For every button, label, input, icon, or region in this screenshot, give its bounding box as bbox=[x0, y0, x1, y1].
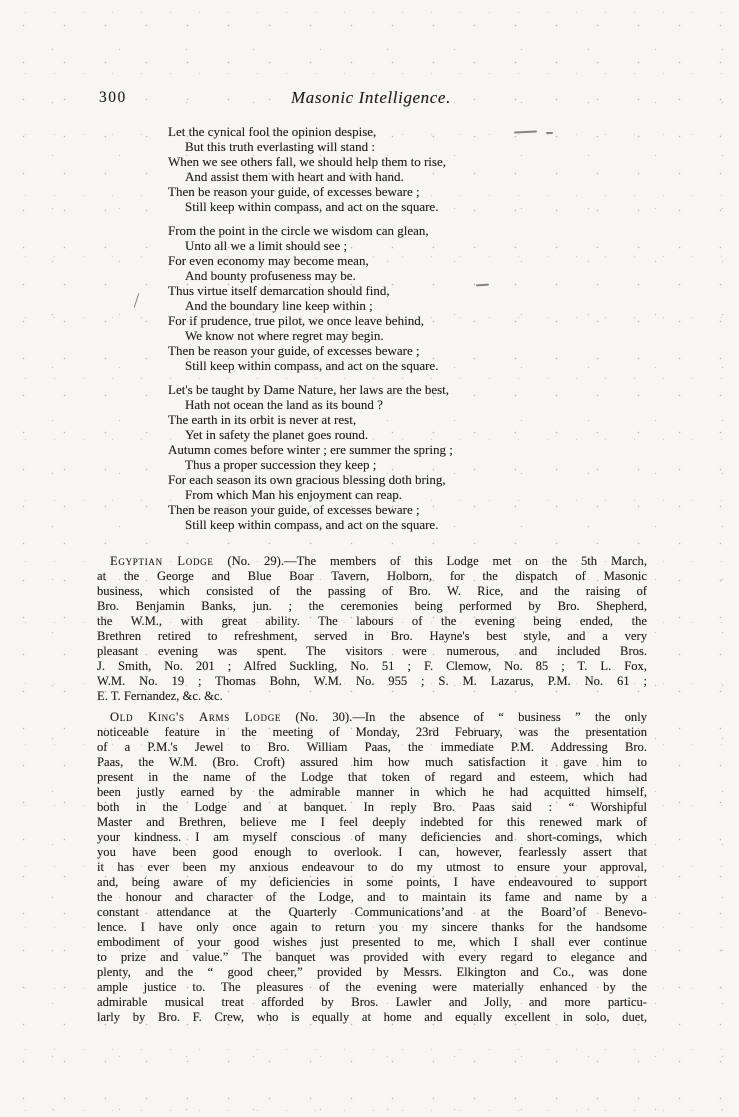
poem-line: And the boundary line keep within ; bbox=[168, 298, 568, 313]
article-line: W.M. No. 19 ; Thomas Bohn, W.M. No. 955 … bbox=[97, 674, 647, 689]
page-header: 300 Masonic Intelligence. bbox=[95, 88, 647, 110]
running-title: Masonic Intelligence. bbox=[95, 88, 647, 108]
poem-line: Hath not ocean the land as its bound ? bbox=[168, 397, 568, 412]
article-line: it has ever been my anxious endeavour to… bbox=[97, 860, 647, 875]
article-line: pleasant evening was spent. The visitors… bbox=[97, 644, 647, 659]
poem-line: When we see others fall, we should help … bbox=[168, 154, 568, 169]
poem-line: Then be reason your guide, of excesses b… bbox=[168, 502, 568, 517]
article-line: larly by Bro. F. Crew, who is equally at… bbox=[97, 1010, 647, 1025]
article-line: plenty, and the “ good cheer,” provided … bbox=[97, 965, 647, 980]
poem-line: Autumn comes before winter ; ere summer … bbox=[168, 442, 568, 457]
article-lead-rest: (No. 30).—In the absence of “ business ”… bbox=[281, 710, 647, 724]
page-number: 300 bbox=[99, 89, 127, 107]
article-line: you have been good enough to overlook. I… bbox=[97, 845, 647, 860]
scanned-document-page: 300 Masonic Intelligence. Let the cynica… bbox=[0, 0, 739, 1117]
article-line: the W.M., with great ability. The labour… bbox=[97, 614, 647, 629]
poem-line: Then be reason your guide, of excesses b… bbox=[168, 184, 568, 199]
scan-artifact-dash bbox=[546, 132, 553, 134]
article-line: Master and Brethren, believe me I feel d… bbox=[97, 815, 647, 830]
poem-line: We know not where regret may begin. bbox=[168, 328, 568, 343]
article-first-line: Egyptian Lodge (No. 29).—The members of … bbox=[97, 554, 647, 569]
article-line: Bro. Benjamin Banks, jun. ; the ceremoni… bbox=[97, 599, 647, 614]
poem-line: Still keep within compass, and act on th… bbox=[168, 199, 568, 214]
poem-line: Yet in safety the planet goes round. bbox=[168, 427, 568, 442]
poem-stanza-3: Let's be taught by Dame Nature, her laws… bbox=[168, 382, 568, 532]
poem-line: And bounty profuseness may be. bbox=[168, 268, 568, 283]
article-line: to prize and value.” The banquet was pro… bbox=[97, 950, 647, 965]
lodge-name: Egyptian Lodge bbox=[110, 554, 214, 568]
article-line: of a P.M.'s Jewel to Bro. William Paas, … bbox=[97, 740, 647, 755]
article-first-line: Old King's Arms Lodge (No. 30).—In the a… bbox=[97, 710, 647, 725]
poem-line: Still keep within compass, and act on th… bbox=[168, 358, 568, 373]
poem-line: From the point in the circle we wisdom c… bbox=[168, 223, 568, 238]
poem-line: Thus virtue itself demarcation should fi… bbox=[168, 283, 568, 298]
poem-line: From which Man his enjoyment can reap. bbox=[168, 487, 568, 502]
scan-artifact-slash bbox=[134, 293, 140, 308]
article-line: Brethren retired to refreshment, served … bbox=[97, 629, 647, 644]
poem-line: Let's be taught by Dame Nature, her laws… bbox=[168, 382, 568, 397]
article-line: been justly earned by the admirable mann… bbox=[97, 785, 647, 800]
poem-line: Still keep within compass, and act on th… bbox=[168, 517, 568, 532]
article-lead-rest: (No. 29).—The members of this Lodge met … bbox=[214, 554, 647, 568]
article-line: present in the name of the Lodge that to… bbox=[97, 770, 647, 785]
article-line: admirable musical treat afforded by Bros… bbox=[97, 995, 647, 1010]
article-line: at the George and Blue Boar Tavern, Holb… bbox=[97, 569, 647, 584]
poem-line: Then be reason your guide, of excesses b… bbox=[168, 343, 568, 358]
poem-line: The earth in its orbit is never at rest, bbox=[168, 412, 568, 427]
lodge-reports: Egyptian Lodge (No. 29).—The members of … bbox=[97, 554, 647, 1031]
poem-line: For even economy may become mean, bbox=[168, 253, 568, 268]
poem-line: For if prudence, true pilot, we once lea… bbox=[168, 313, 568, 328]
article-line: noticeable feature in the meeting of Mon… bbox=[97, 725, 647, 740]
poem-line: But this truth everlasting will stand : bbox=[168, 139, 568, 154]
poem-line: Thus a proper succession they keep ; bbox=[168, 457, 568, 472]
poem-line: For each season its own gracious blessin… bbox=[168, 472, 568, 487]
poem-line: Let the cynical fool the opinion despise… bbox=[168, 124, 568, 139]
poem-line: And assist them with heart and with hand… bbox=[168, 169, 568, 184]
poem: Let the cynical fool the opinion despise… bbox=[168, 124, 568, 541]
article-line: both in the Lodge and at banquet. In rep… bbox=[97, 800, 647, 815]
article-line: lence. I have only once again to return … bbox=[97, 920, 647, 935]
article-line: Paas, the W.M. (Bro. Croft) assured him … bbox=[97, 755, 647, 770]
article-line: constant attendance at the Quarterly Com… bbox=[97, 905, 647, 920]
lodge-name: Old King's Arms Lodge bbox=[110, 710, 281, 724]
article-line: the honour and character of the Lodge, a… bbox=[97, 890, 647, 905]
poem-line: Unto all we a limit should see ; bbox=[168, 238, 568, 253]
article-line: ample justice to. The pleasures of the e… bbox=[97, 980, 647, 995]
article-line: J. Smith, No. 201 ; Alfred Suckling, No.… bbox=[97, 659, 647, 674]
article-egyptian-lodge: Egyptian Lodge (No. 29).—The members of … bbox=[97, 554, 647, 704]
article-line: embodiment of your good wishes just pres… bbox=[97, 935, 647, 950]
article-line: E. T. Fernandez, &c. &c. bbox=[97, 689, 647, 704]
poem-stanza-2: From the point in the circle we wisdom c… bbox=[168, 223, 568, 373]
article-line: and, being aware of my deficiencies in s… bbox=[97, 875, 647, 890]
poem-stanza-1: Let the cynical fool the opinion despise… bbox=[168, 124, 568, 214]
article-old-kings-arms-lodge: Old King's Arms Lodge (No. 30).—In the a… bbox=[97, 710, 647, 1025]
article-line: your kindness. I am myself conscious of … bbox=[97, 830, 647, 845]
article-line: business, which consisted of the passing… bbox=[97, 584, 647, 599]
